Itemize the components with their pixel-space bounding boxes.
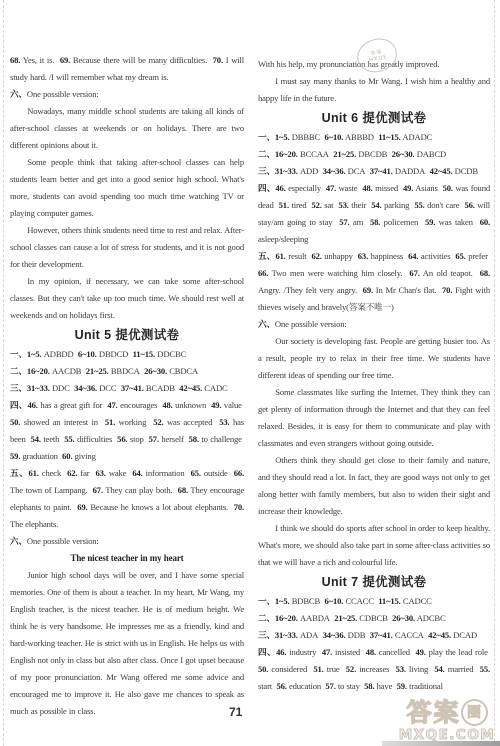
answer-book-page: 68. Yes, it is. 69. Because there will b… bbox=[0, 0, 500, 746]
text-block: 五、61. check 62. far 63. wake 64. informa… bbox=[10, 465, 244, 533]
right-cut-mark-line bbox=[494, 0, 495, 746]
section-heading: Unit 5 提优测试卷 bbox=[10, 326, 244, 345]
section-heading: Unit 6 提优测试卷 bbox=[258, 109, 490, 128]
text-block: I must say many thanks to Mr Wang. I wis… bbox=[258, 73, 490, 107]
text-block: 68. Yes, it is. 69. Because there will b… bbox=[10, 52, 244, 86]
text-block: 六、One possible version: bbox=[258, 316, 490, 333]
text-block: 一、1~5. ADBDD 6~10. DBDCD 11~15. DDCBC bbox=[10, 346, 244, 363]
text-block: Nowadays, many middle school students ar… bbox=[10, 103, 244, 154]
text-block: 四、46. especially 47. waste 48. missed 49… bbox=[258, 180, 490, 248]
scan-edge-shadow bbox=[382, 741, 500, 746]
left-text-column: 68. Yes, it is. 69. Because there will b… bbox=[10, 52, 244, 720]
left-cut-mark-line bbox=[3, 0, 4, 746]
page-number: 71 bbox=[229, 705, 242, 719]
text-block: Junior high school days will be over, an… bbox=[10, 567, 244, 720]
text-block: Others think they should get close to th… bbox=[258, 452, 490, 520]
text-block: 四、46. industry 47. insisted 48. cancelle… bbox=[258, 644, 490, 695]
text-block: 六、One possible version: bbox=[10, 533, 244, 550]
text-block: 二、16~20. BCCAA 21~25. DBCDB 26~30. DABCD bbox=[258, 146, 490, 163]
text-block: 四、46. has a great gift for 47. encourage… bbox=[10, 397, 244, 465]
text-block: 二、16~20. AACDB 21~25. BBDCA 26~30. CBDCA bbox=[10, 363, 244, 380]
text-block: In my opinion, if necessary, we can take… bbox=[10, 273, 244, 324]
text-block: 三、31~33. ADA 34~36. DDB 37~41. CACCA 42~… bbox=[258, 627, 490, 644]
text-block: 一、1~5. DBBBC 6~10. ABBBD 11~15. ADADC bbox=[258, 129, 490, 146]
text-block: Our society is developing fast. People a… bbox=[258, 333, 490, 384]
watermark-char-1: 答 bbox=[406, 700, 431, 726]
text-block: However, others think students need time… bbox=[10, 222, 244, 273]
answer-site-watermark: 答 案 圈 MXQE.COM bbox=[397, 699, 497, 743]
text-block: I think we should do sports after school… bbox=[258, 520, 490, 571]
essay-title: The nicest teacher in my heart bbox=[10, 550, 244, 567]
watermark-char-2: 案 bbox=[434, 700, 459, 726]
watermark-char-3: 圈 bbox=[467, 706, 481, 720]
watermark-title: 答 案 圈 bbox=[397, 699, 497, 726]
right-text-column: With his help, my pronunciation has grea… bbox=[258, 56, 490, 695]
text-block: 六、One possible version: bbox=[10, 86, 244, 103]
text-block: 三、31~33. ADD 34~36. DCA 37~41. DADDA 42~… bbox=[258, 163, 490, 180]
text-block: 五、61. result 62. unhappy 63. happiness 6… bbox=[258, 248, 490, 316]
text-block: Some people think that taking after-scho… bbox=[10, 154, 244, 222]
watermark-circle-icon: 圈 bbox=[461, 699, 488, 726]
text-block: 三、31~33. DDC 34~36. DCC 37~41. BCADB 42~… bbox=[10, 380, 244, 397]
text-block: 一、1~5. BDBCB 6~10. CCACC 11~15. CADCC bbox=[258, 593, 490, 610]
text-block: Some classmates like surfing the Interne… bbox=[258, 384, 490, 452]
text-block: 二、16~20. AABDA 21~25. CDBCB 26~30. ADCBC bbox=[258, 610, 490, 627]
section-heading: Unit 7 提优测试卷 bbox=[258, 573, 490, 592]
